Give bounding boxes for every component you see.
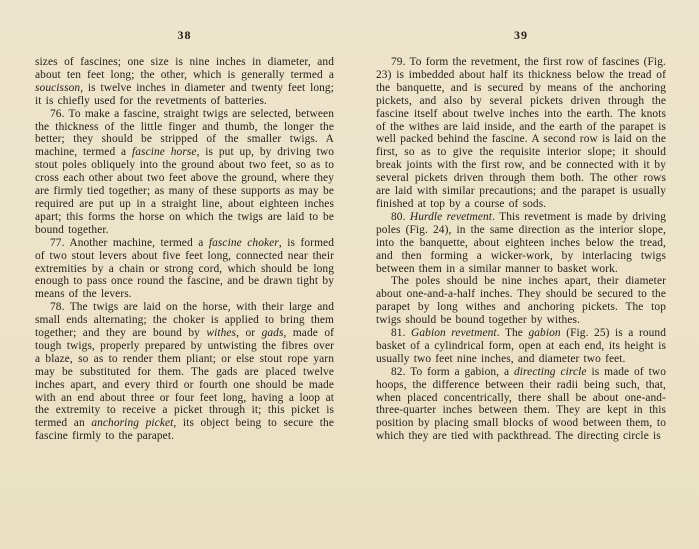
text-run: . The — [497, 327, 529, 339]
text-run: The poles should be nine inches apart, t… — [376, 275, 666, 326]
paragraph: The poles should be nine inches apart, t… — [376, 275, 666, 327]
italic-term: directing circle — [514, 366, 587, 378]
paragraph: 82. To form a gabion, a directing circle… — [376, 366, 666, 443]
italic-term: gads — [262, 327, 284, 339]
page-number: 38 — [35, 28, 334, 43]
italic-term: fascine horse — [132, 146, 197, 158]
text-run: , made of tough twigs, properly prepared… — [35, 327, 334, 429]
page-number: 39 — [376, 28, 666, 43]
paragraph: 77. Another machine, termed a fascine ch… — [35, 237, 334, 302]
paragraph: sizes of fascines; one size is nine inch… — [35, 56, 334, 108]
text-run: 79. To form the revetment, the first row… — [376, 56, 666, 210]
text-run: , is put up, by driving two stout poles … — [35, 146, 334, 235]
italic-term: withes — [206, 327, 236, 339]
text-run: 77. Another machine, termed a — [50, 237, 209, 249]
book-spread: 38 sizes of fascines; one size is nine i… — [0, 0, 699, 549]
text-run: 82. To form a gabion, a — [391, 366, 514, 378]
paragraph: 78. The twigs are laid on the horse, wit… — [35, 301, 334, 443]
page-39: 39 79. To form the revetment, the first … — [376, 28, 666, 443]
page-39-text: 79. To form the revetment, the first row… — [376, 56, 666, 443]
italic-term: Hurdle revetment — [410, 211, 492, 223]
italic-term: anchoring picket — [91, 417, 173, 429]
italic-term: Gabion revetment — [411, 327, 497, 339]
paragraph: 80. Hurdle revetment. This revetment is … — [376, 211, 666, 276]
italic-term: fascine choker — [209, 237, 279, 249]
page-38: 38 sizes of fascines; one size is nine i… — [35, 28, 334, 443]
text-run: sizes of fascines; one size is nine inch… — [35, 56, 334, 81]
text-run: 81. — [391, 327, 411, 339]
text-run: 80. — [391, 211, 410, 223]
text-run: , or — [236, 327, 261, 339]
italic-term: gabion — [528, 327, 560, 339]
paragraph: 81. Gabion revetment. The gabion (Fig. 2… — [376, 327, 666, 366]
italic-term: soucisson — [35, 82, 80, 94]
paragraph: 76. To make a fascine, straight twigs ar… — [35, 108, 334, 237]
paragraph: 79. To form the revetment, the first row… — [376, 56, 666, 211]
page-38-text: sizes of fascines; one size is nine inch… — [35, 56, 334, 443]
text-run: , is twelve inches in diameter and twent… — [35, 82, 334, 107]
